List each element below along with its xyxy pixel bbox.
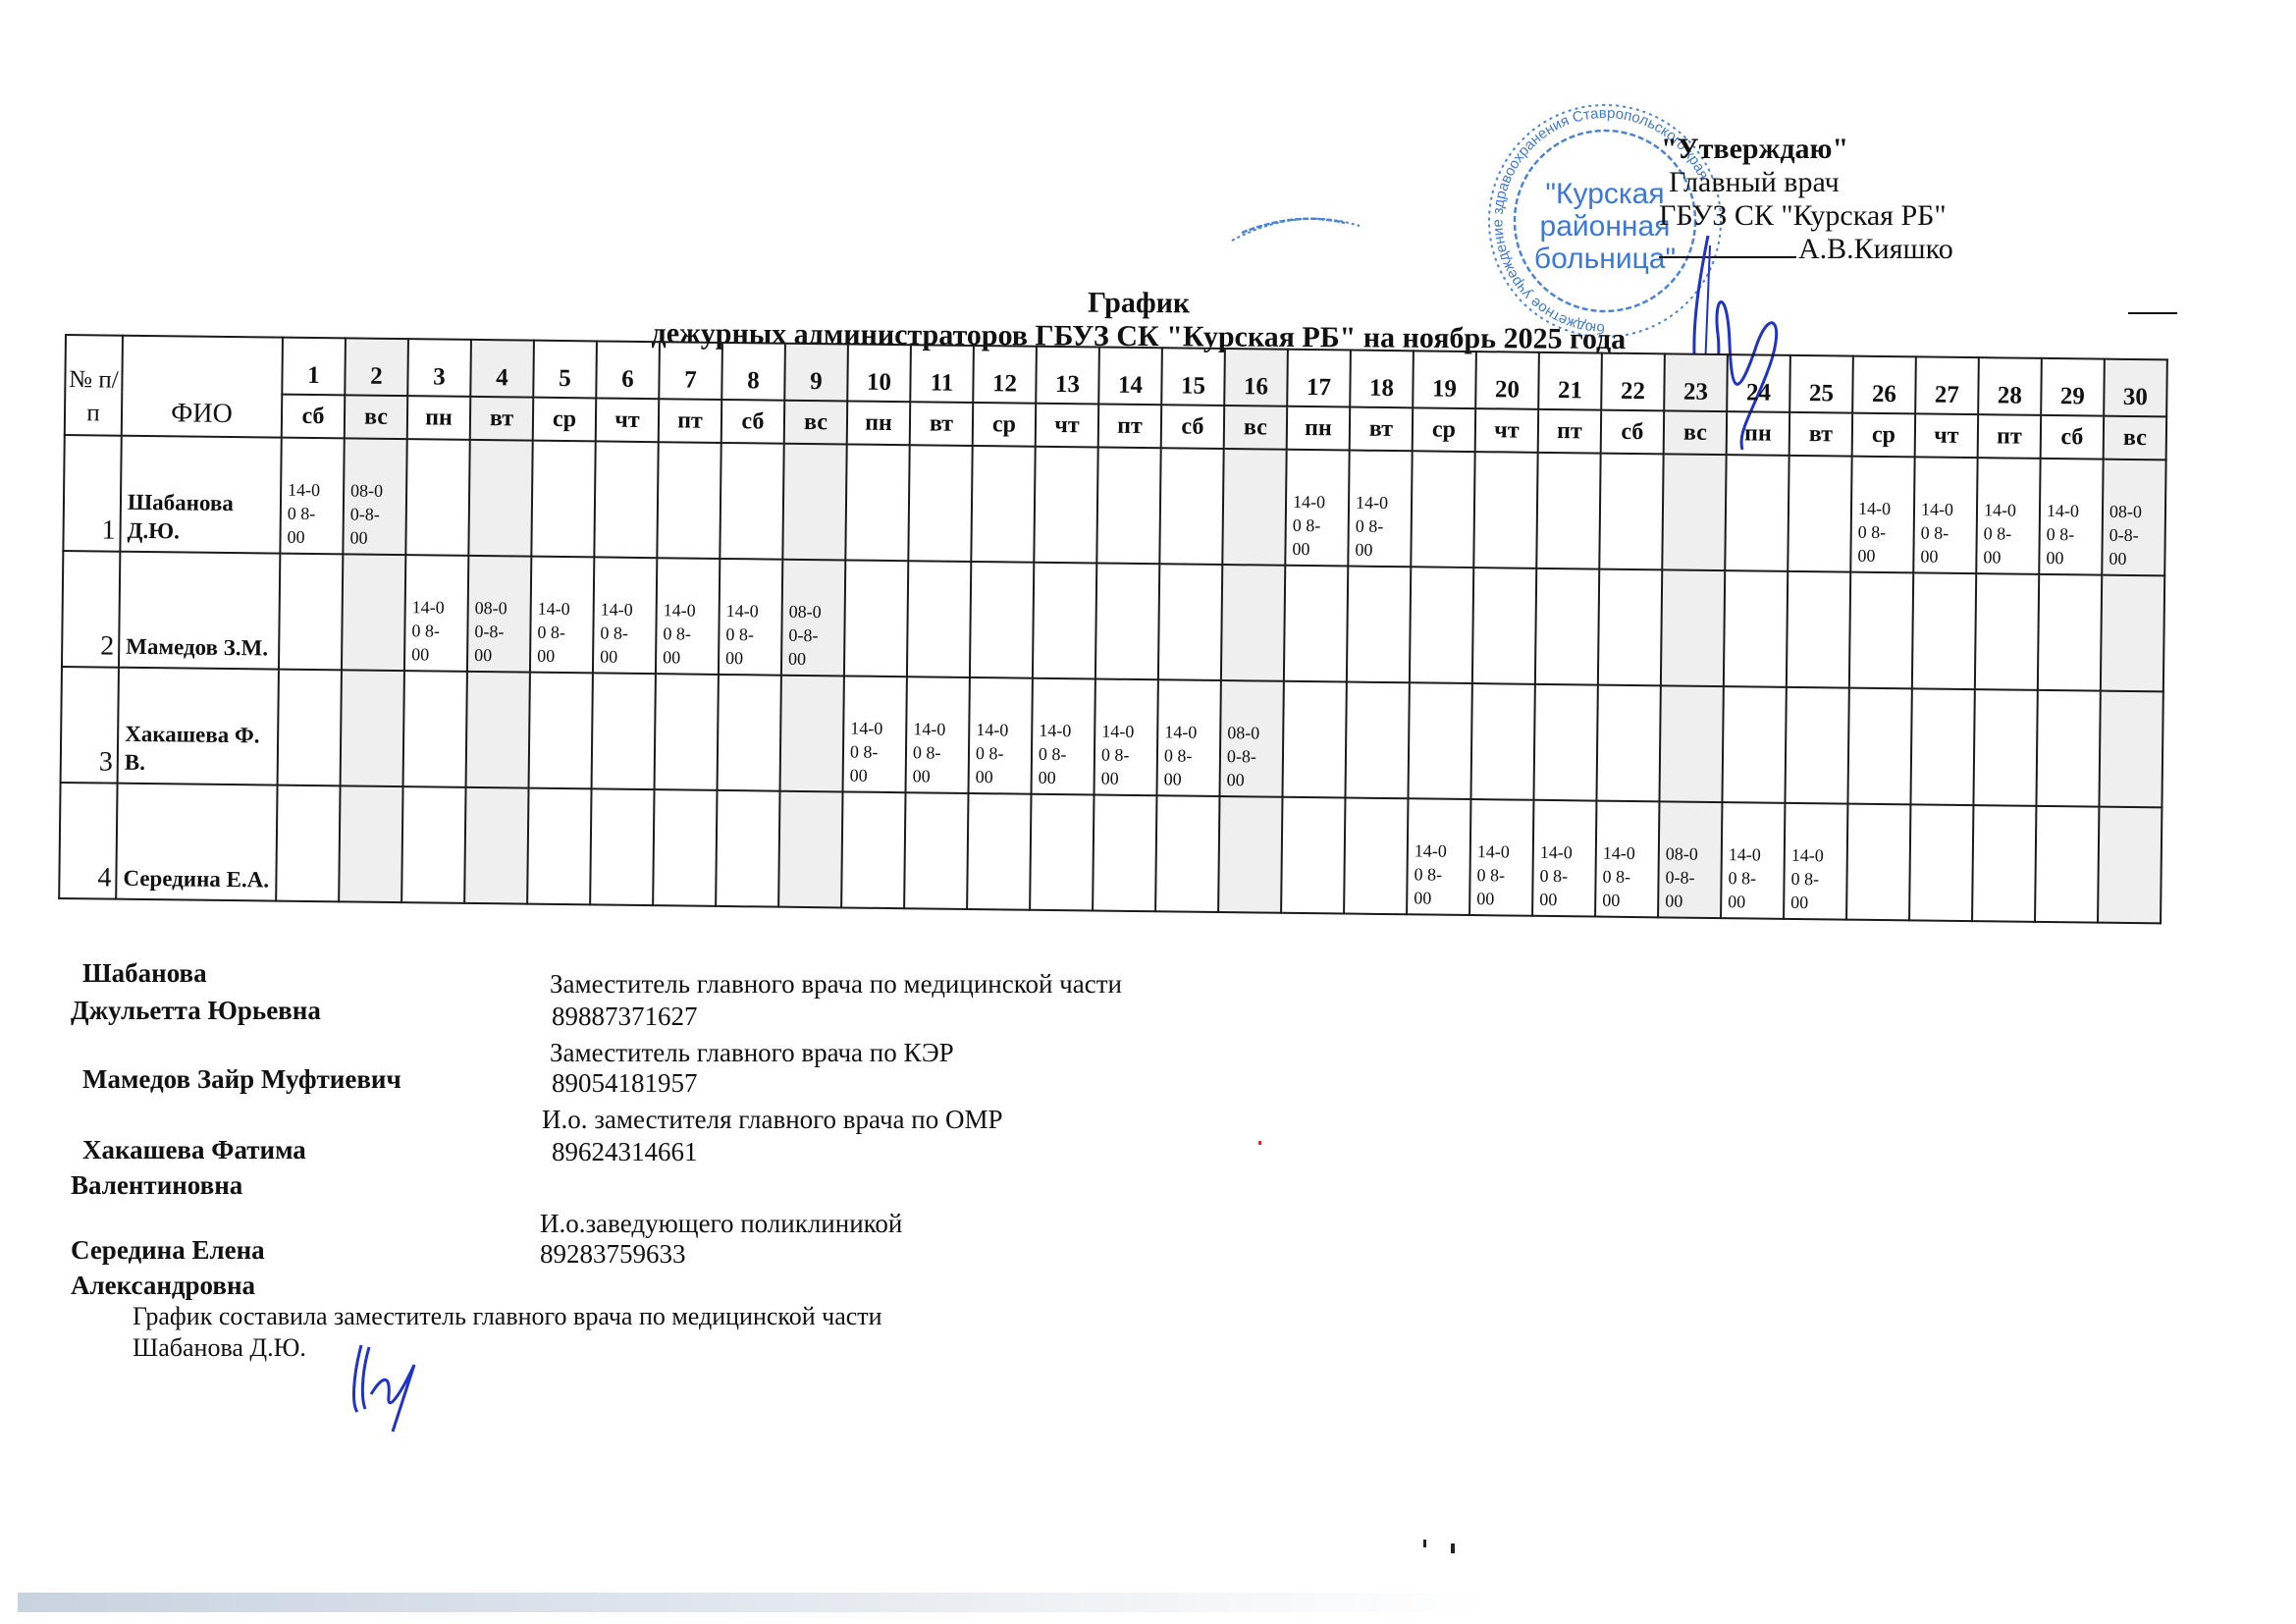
shift-cell (1096, 448, 1160, 565)
shift-cell (1536, 453, 1600, 569)
shift-value: 14-00 8-00 (287, 478, 321, 549)
contact-name-cont: Александровна (71, 1267, 255, 1304)
header-day: 22 (1601, 353, 1665, 411)
row-number: 2 (62, 551, 120, 668)
shift-cell (466, 672, 530, 788)
shift-cell (1155, 795, 1219, 912)
header-day: 13 (1036, 347, 1099, 405)
header-weekday: вс (2104, 416, 2167, 460)
shift-cell: 14-00 8-00 (1595, 801, 1659, 918)
row-number: 4 (59, 783, 117, 899)
shift-cell: 14-00 8-00 (969, 677, 1033, 794)
shift-value: 14-00 8-00 (1039, 719, 1073, 789)
shift-cell (904, 792, 968, 909)
header-day: 26 (1852, 356, 1916, 414)
shift-cell (1788, 456, 1851, 572)
shift-cell: 14-00 8-00 (1976, 458, 2040, 574)
shift-cell (403, 671, 467, 787)
header-weekday: ср (973, 403, 1037, 447)
shift-value: 14-00 8-00 (537, 597, 571, 668)
shift-cell: 14-00 8-00 (1532, 800, 1596, 917)
contact-name: Хакашева Фатима (82, 1131, 306, 1168)
scan-speck (1451, 1543, 1455, 1553)
header-weekday: вс (345, 395, 408, 439)
shift-value: 08-00-8-00 (2109, 500, 2143, 570)
shift-cell (908, 445, 972, 562)
shift-cell (1661, 569, 1725, 686)
shift-cell (1345, 682, 1409, 799)
shift-cell (657, 442, 721, 559)
header-day: 8 (721, 343, 785, 401)
header-day: 16 (1224, 349, 1288, 406)
shift-cell (405, 439, 469, 556)
shift-cell (527, 788, 591, 905)
header-weekday: вс (784, 401, 848, 445)
shift-cell: 14-00 8-00 (843, 676, 907, 792)
shift-cell (339, 785, 402, 902)
shift-cell (1724, 570, 1788, 687)
compiled-by-text: График составила заместитель главного вр… (133, 1301, 882, 1332)
header-day: 30 (2104, 359, 2167, 417)
contact-role: И.о. заместителя главного врача по ОМР (542, 1102, 1003, 1137)
shift-cell: 14-00 8-00 (1285, 450, 1349, 567)
shift-value: 14-00 8-00 (1602, 841, 1636, 912)
shift-cell: 14-00 8-00 (280, 438, 344, 555)
shift-cell (1472, 568, 1536, 684)
header-weekday: пн (1287, 406, 1351, 451)
shift-value: 14-00 8-00 (913, 717, 947, 787)
shift-value: 14-00 8-00 (411, 595, 446, 666)
shift-cell: 14-00 8-00 (1469, 799, 1533, 916)
duty-schedule-table: № п/ п ФИО 12345678910111213141516171819… (58, 334, 2168, 924)
contact-role: Заместитель главного врача по медицинско… (550, 966, 1122, 1001)
shift-cell (1473, 452, 1537, 568)
shift-cell (1846, 804, 1910, 921)
shift-cell (780, 676, 844, 792)
shift-value: 14-00 8-00 (600, 597, 634, 668)
shift-value: 08-00-8-00 (1227, 721, 1261, 791)
header-day: 15 (1161, 348, 1225, 406)
shift-cell (720, 443, 783, 560)
shift-cell: 14-00 8-00 (1784, 803, 1847, 920)
approval-heading: "Утверждаю" (1659, 133, 1953, 166)
shift-cell (531, 441, 595, 558)
shift-cell: 14-00 8-00 (906, 677, 970, 793)
header-weekday: чт (1915, 413, 1979, 458)
header-day: 1 (282, 338, 346, 396)
shift-cell (529, 673, 593, 789)
shift-cell (468, 440, 532, 557)
shift-cell: 08-00-8-00 (2102, 460, 2165, 576)
header-day: 29 (2041, 358, 2105, 416)
shift-cell (1659, 685, 1723, 802)
shift-value: 14-00 8-00 (850, 717, 884, 787)
shift-cell (1030, 794, 1094, 911)
shift-value: 14-00 8-00 (1101, 720, 1136, 790)
contact-phone: 89054181957 (552, 1068, 698, 1099)
shift-cell (1408, 682, 1471, 799)
header-weekday: чт (596, 398, 660, 442)
shift-cell (278, 670, 342, 786)
header-weekday: пн (1727, 411, 1790, 456)
shift-cell (845, 444, 909, 561)
shift-cell (1598, 569, 1662, 686)
shift-cell (1596, 685, 1660, 802)
header-day: 24 (1727, 354, 1790, 412)
shift-cell (1847, 688, 1911, 805)
shift-cell (1910, 688, 1974, 805)
shift-value: 14-00 8-00 (1539, 840, 1574, 911)
shift-cell (2036, 690, 2100, 807)
shift-cell (782, 444, 846, 561)
header-day: 25 (1789, 355, 1853, 413)
shift-value: 08-00-8-00 (1665, 841, 1699, 912)
header-weekday: вс (1664, 410, 1728, 455)
header-day: 2 (345, 338, 408, 396)
header-day: 9 (784, 344, 848, 402)
header-day: 10 (847, 344, 911, 402)
scan-edge (18, 1593, 1490, 1612)
contact-name-cont: Валентиновна (71, 1166, 242, 1204)
header-weekday: сб (1601, 410, 1665, 455)
shift-cell (279, 554, 343, 671)
shift-cell (592, 673, 656, 789)
header-weekday: пт (1978, 414, 2042, 459)
shift-cell: 14-00 8-00 (656, 558, 720, 675)
shift-cell (718, 675, 781, 791)
shift-cell (401, 786, 465, 903)
shift-cell: 14-00 8-00 (2039, 459, 2103, 575)
shift-cell: 14-00 8-00 (593, 557, 657, 674)
header-day: 27 (1915, 356, 1979, 414)
header-weekday: вт (470, 397, 534, 441)
shift-cell (1533, 684, 1597, 801)
shift-value: 14-00 8-00 (1790, 843, 1825, 914)
contact-name: Шабанова (82, 954, 207, 992)
shift-cell: 08-00-8-00 (343, 438, 406, 555)
header-day: 5 (533, 341, 597, 399)
header-day: 11 (910, 345, 974, 403)
shift-cell (971, 446, 1035, 563)
compiled-by-name: Шабанова Д.Ю. (133, 1332, 882, 1364)
header-weekday: сб (2041, 415, 2105, 460)
header-weekday: вт (1350, 407, 1414, 452)
shift-cell: 14-00 8-00 (1407, 798, 1470, 915)
shift-cell (653, 789, 717, 906)
shift-cell (1662, 454, 1726, 570)
header-day: 19 (1413, 351, 1476, 408)
table-row: 4Середина Е.А.14-00 8-0014-00 8-0014-00 … (59, 783, 2162, 923)
contact-name: Середина Елена (71, 1231, 265, 1269)
shift-cell (1158, 564, 1222, 680)
contact-phone: 89624314661 (552, 1137, 698, 1167)
shift-value: 14-00 8-00 (725, 599, 760, 670)
shift-value: 08-00-8-00 (349, 478, 384, 549)
shift-value: 14-00 8-00 (2046, 499, 2080, 569)
shift-cell (1909, 804, 1973, 921)
header-day: 23 (1664, 353, 1728, 411)
shift-value: 14-00 8-00 (1414, 839, 1448, 909)
shift-cell (1222, 449, 1286, 566)
row-fio: Мамедов З.М. (119, 552, 280, 670)
shift-value: 14-00 8-00 (1476, 839, 1511, 910)
shift-cell (464, 787, 528, 904)
row-fio: Хакашева Ф. В. (118, 668, 279, 785)
shift-cell: 08-00-8-00 (1658, 801, 1722, 918)
header-day: 12 (973, 346, 1037, 404)
shift-cell (1093, 794, 1156, 911)
shift-cell (1973, 689, 2037, 806)
row-fio: Шабанова Д.Ю. (120, 436, 281, 554)
compiled-by-note: График составила заместитель главного вр… (133, 1301, 882, 1364)
scan-speck (1423, 1540, 1426, 1547)
header-weekday: пн (847, 401, 911, 445)
shift-cell (655, 674, 719, 790)
contact-name-cont: Джульетта Юрьевна (71, 992, 321, 1029)
shift-value: 14-00 8-00 (1355, 491, 1389, 562)
header-weekday: ср (1413, 407, 1476, 452)
shift-cell (590, 788, 654, 905)
shift-cell: 08-00-8-00 (467, 556, 531, 673)
shift-cell: 14-00 8-00 (1721, 802, 1785, 919)
shift-cell (2038, 574, 2102, 691)
approval-signatory: А.В.Кияшко (1798, 233, 1953, 265)
contact-phone: 89887371627 (552, 1001, 698, 1032)
scan-speck (1258, 1141, 1261, 1145)
header-weekday: сб (282, 395, 346, 439)
header-weekday: ср (1852, 413, 1916, 458)
shift-cell (1975, 573, 2039, 690)
header-day: 18 (1350, 351, 1414, 408)
shift-cell: 14-00 8-00 (530, 557, 594, 674)
header-day: 21 (1538, 352, 1602, 410)
header-weekday: ср (533, 398, 597, 442)
shift-cell (907, 561, 971, 677)
header-weekday: чт (1036, 404, 1099, 448)
shift-cell (1849, 572, 1913, 689)
header-day: 7 (659, 342, 722, 400)
shift-cell (1972, 805, 2036, 922)
shift-cell: 08-00-8-00 (1219, 680, 1283, 797)
header-weekday: вт (910, 402, 974, 446)
shift-cell: 14-00 8-00 (1095, 678, 1158, 795)
shift-cell (1599, 454, 1663, 570)
shift-cell: 14-00 8-00 (1156, 679, 1220, 796)
shift-cell (2035, 806, 2099, 923)
header-day: 4 (470, 340, 534, 398)
shift-cell (1725, 455, 1789, 571)
shift-cell (1281, 797, 1345, 914)
compiler-signature (344, 1335, 432, 1434)
contact-role: И.о.заведующего поликлиникой (540, 1206, 902, 1241)
header-day: 28 (1978, 357, 2042, 415)
shift-value: 14-00 8-00 (1983, 498, 2017, 568)
header-weekday: пт (659, 399, 722, 443)
header-day: 6 (596, 341, 660, 399)
header-number: № п/ п (65, 335, 123, 436)
shift-cell (2098, 807, 2162, 924)
header-day: 20 (1475, 352, 1539, 409)
shift-cell (1410, 567, 1473, 683)
shift-value: 14-00 8-00 (1920, 497, 1954, 568)
shift-cell (1787, 571, 1850, 688)
shift-cell (1470, 683, 1534, 800)
header-day: 14 (1098, 348, 1162, 406)
header-fio: ФИО (122, 336, 283, 438)
row-fio: Середина Е.А. (116, 784, 277, 901)
contact-phone: 89283759633 (540, 1239, 686, 1270)
stamp-line-2: районная (1540, 210, 1671, 243)
shift-cell (276, 785, 340, 902)
shift-cell (1218, 796, 1282, 913)
approval-position: Главный врач (1659, 166, 1953, 199)
shift-cell (1095, 563, 1159, 679)
shift-cell (1535, 568, 1599, 685)
shift-cell (1785, 687, 1848, 804)
shift-cell (2099, 691, 2163, 808)
shift-cell (1034, 447, 1097, 564)
shift-cell (841, 791, 905, 908)
stamp-fragment (1227, 201, 1364, 250)
header-weekday: вс (1224, 406, 1288, 450)
shift-cell (2101, 575, 2164, 692)
shift-cell (844, 560, 908, 677)
shift-cell (1159, 448, 1223, 565)
shift-cell: 14-00 8-00 (1348, 451, 1412, 568)
stamp-line-3: больница" (1534, 243, 1676, 275)
shift-cell (1722, 686, 1786, 803)
shift-value: 14-00 8-00 (663, 598, 697, 669)
header-day: 3 (407, 339, 471, 397)
shift-cell (778, 791, 842, 908)
shift-cell: 08-00-8-00 (781, 560, 845, 677)
header-weekday: пт (1098, 405, 1162, 449)
stamp-line-1: "Курская (1545, 178, 1664, 210)
shift-value: 08-00-8-00 (474, 596, 508, 667)
shift-cell (594, 441, 658, 558)
header-weekday: сб (721, 400, 785, 444)
row-number: 1 (63, 435, 121, 552)
shift-cell: 14-00 8-00 (719, 559, 782, 676)
shift-value: 14-00 8-00 (1857, 497, 1892, 568)
header-weekday: пт (1538, 409, 1602, 454)
shift-cell (967, 793, 1031, 910)
header-day: 17 (1287, 350, 1351, 407)
row-number: 3 (61, 667, 119, 784)
shift-value: 14-00 8-00 (1164, 720, 1199, 790)
contact-role: Заместитель главного врача по КЭР (550, 1035, 954, 1070)
shift-cell: 14-00 8-00 (1850, 457, 1914, 573)
shift-cell (1344, 798, 1408, 915)
shift-cell (970, 562, 1034, 678)
header-weekday: пн (407, 396, 471, 440)
shift-value: 14-00 8-00 (1728, 842, 1762, 913)
shift-cell (1282, 681, 1346, 798)
shift-cell (1411, 451, 1474, 568)
header-weekday: сб (1161, 405, 1225, 449)
shift-value: 14-00 8-00 (1292, 490, 1326, 561)
dash-mark (2128, 312, 2177, 314)
shift-cell (342, 554, 405, 671)
shift-cell (1221, 565, 1285, 681)
header-weekday: вт (1789, 412, 1853, 457)
shift-value: 08-00-8-00 (788, 600, 823, 671)
shift-cell (1284, 566, 1348, 682)
shift-cell (1912, 572, 1976, 689)
shift-cell (1033, 563, 1096, 679)
shift-cell (1347, 567, 1411, 683)
shift-cell (341, 670, 404, 786)
shift-value: 14-00 8-00 (976, 718, 1010, 788)
header-weekday: чт (1475, 408, 1539, 453)
shift-cell: 14-00 8-00 (1032, 678, 1095, 795)
shift-cell: 14-00 8-00 (404, 555, 468, 672)
contact-name: Мамедов Зайр Муфтиевич (82, 1060, 401, 1098)
shift-cell (716, 790, 779, 907)
shift-cell: 14-00 8-00 (1913, 457, 1977, 573)
